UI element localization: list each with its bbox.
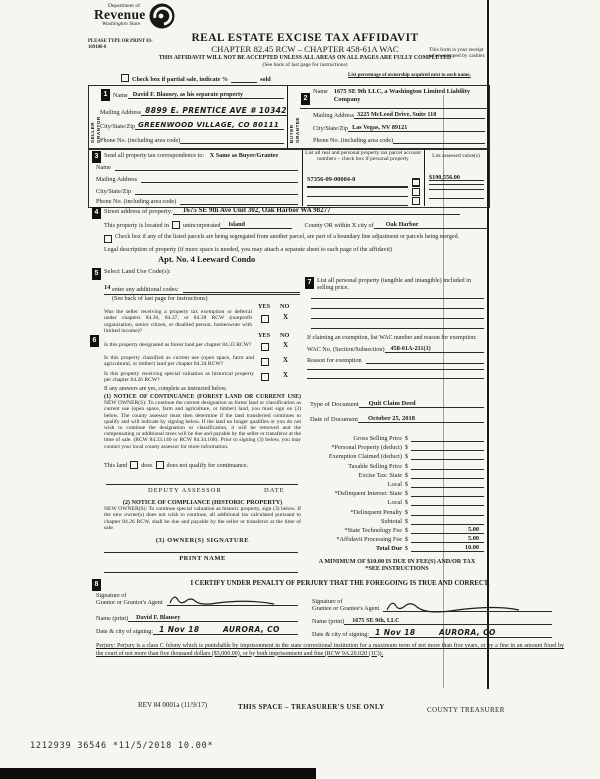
current-use-question: Is this property classified as current u… (104, 355, 254, 368)
notice1-block: (1) NOTICE OF CONTINUANCE (FOREST LAND O… (104, 394, 301, 450)
grantee-city-value: AURORA, CO (417, 628, 496, 637)
fee-row-total-due: Total Due$10.00 (312, 544, 484, 552)
perjury-paragraph: Perjury: Perjury is a class C felony whi… (96, 643, 564, 658)
dollar-sign: $ (402, 463, 411, 470)
county-or-label: County OR within X city of (292, 222, 373, 229)
print-name-label: PRINT NAME (104, 555, 301, 562)
fee-line (411, 489, 484, 497)
partial-sale-sold: sold (260, 76, 271, 83)
receipt-note: This form is your receipt when stamped b… (429, 47, 499, 59)
located-label: This property is located in (104, 222, 169, 229)
located-row: This property is located in unincorporat… (104, 221, 487, 229)
additional-codes-line (183, 290, 301, 293)
form-title-block: REAL ESTATE EXCISE TAX AFFIDAVIT CHAPTER… (155, 32, 455, 68)
grantor-name-line: David F. Blausey (128, 614, 298, 622)
reason-line (366, 361, 484, 364)
fee-value (479, 517, 484, 524)
assessed-line-4 (429, 197, 484, 199)
seller-phone-line (180, 141, 284, 144)
correspondence-label: Send all property tax correspondence to: (104, 152, 204, 159)
unincorporated-line: Island (220, 221, 292, 229)
current-use-yes-checkbox-icon (261, 358, 269, 366)
correspondence-row: Send all property tax correspondence to:… (104, 152, 278, 159)
doc-type-field: Type of Document Quit Claim Deed (310, 400, 484, 408)
corr-mailing-field: Mailing Address (96, 176, 298, 183)
fee-row-personal: *Personal Property (deduct)$ (312, 443, 484, 451)
notice2-body: NEW OWNER(S): To continue special valuat… (104, 506, 301, 531)
fee-label: *Affidavit Processing Fee (312, 536, 402, 543)
deputy-assessor-line (106, 483, 298, 485)
yes-header-1: YES (258, 303, 270, 310)
seller-city-value: GREENWOOD VILLAGE, CO 80111 (135, 121, 279, 129)
historic-yes-checkbox-icon (261, 373, 269, 381)
grantor-signature-line (167, 592, 298, 606)
no-header-1: NO (280, 303, 289, 310)
fee-line (411, 471, 484, 479)
parcel-row-4 (307, 197, 420, 206)
seller-name-field: Name David F. Blausey, as his separate p… (113, 91, 284, 99)
corr-city-label: City/State/Zip (96, 188, 131, 195)
buyer-strip-word2: GRANTEE (295, 97, 300, 143)
buyer-mailing-field: Mailing Address 3225 McLeod Drive, Suite… (313, 111, 485, 119)
dollar-sign: $ (402, 527, 411, 534)
dollar-sign: $ (402, 545, 411, 552)
grantor-date-city-label: Date & city of signing: (96, 628, 153, 635)
receipt-note-line2: when stamped by cashier. (429, 53, 499, 59)
buyer-city-label: City/State/Zip (313, 125, 348, 132)
minimum-note-line1: A MINIMUM OF $10.00 IS DUE IN FEE(S) AND… (312, 558, 482, 565)
fee-label: *Delinquent Interest: State (312, 490, 402, 497)
seller-city-field: City/State/Zip GREENWOOD VILLAGE, CO 801… (100, 122, 284, 130)
assessed-line-3 (429, 188, 484, 190)
legal-description-label: Legal description of property (if more s… (104, 246, 392, 253)
grantor-name-print-label: Name (print) (96, 615, 128, 622)
same-as-buyer-value: X Same as Buyer/Grantee (210, 152, 279, 159)
forest-question: Is this property designated as forest la… (104, 342, 254, 348)
grantor-name-value: David F. Blausey (128, 614, 180, 621)
pp-line-3 (311, 317, 484, 319)
buyer-name-cell-border (300, 108, 488, 109)
street-address-field: Street address of property: 1675 SE 9th … (104, 207, 460, 215)
county-treasurer-label: COUNTY TREASURER (427, 706, 505, 714)
fee-row-delinq-int-local: Local$ (312, 498, 484, 506)
grantee-sig-label-1: Signature of (312, 598, 379, 605)
fee-line (411, 452, 484, 460)
fee-row-processing-fee: *Affidavit Processing Fee$5.00 (312, 535, 484, 543)
deferral-no-answer: X (283, 313, 288, 321)
doc-date-line: October 25, 2018 (358, 415, 484, 423)
parcel-checkbox-4-icon (412, 197, 420, 205)
fee-line: 5.00 (411, 535, 484, 543)
seller-city-label: City/State/Zip (100, 123, 135, 130)
reason-line-2 (307, 368, 484, 370)
unincorporated-value: Island (220, 221, 245, 228)
see-back-note: (See back of last page for instructions) (155, 62, 455, 68)
section3-number: 3 (92, 151, 101, 163)
parcel-row-2 (307, 179, 420, 188)
treasurer-space-label: THIS SPACE – TREASURER'S USE ONLY (238, 703, 385, 711)
segregated-label: Check box if any of the listed parcels a… (115, 234, 459, 241)
buyer-name-field: Name 1675 SE 9th LLC, a Washington Limit… (313, 88, 485, 104)
does-checkbox-icon (130, 461, 138, 469)
grantee-sig-label-2: Grantee or Grantee's Agent (312, 605, 379, 612)
historic-no-answer: X (283, 371, 288, 379)
fee-row-excise-local: Local$ (312, 480, 484, 488)
deputy-assessor-label: DEPUTY ASSESSOR (148, 487, 222, 494)
reason-line-3 (307, 377, 484, 379)
doc-type-label: Type of Document (310, 401, 359, 408)
grantee-signature (383, 598, 523, 613)
seller-name-label: Name (113, 92, 128, 99)
fee-row-delinq-penalty: *Delinquent Penalty$ (312, 508, 484, 516)
buyer-strip-word1: BUYER (289, 97, 294, 143)
seller-city-line: GREENWOOD VILLAGE, CO 80111 (135, 122, 284, 130)
grantee-name-field: Name (print) 1675 SE 9th, LLC (312, 617, 552, 625)
wac-value: 458-61A-211(1) (385, 345, 431, 352)
grantor-date-field: Date & city of signing: 1 Nov 18 AURORA,… (96, 626, 298, 635)
pp-line-4 (311, 327, 484, 329)
dept-name: Revenue (94, 9, 146, 21)
rev-number: REV 84 0001a (11/9/17) (138, 701, 207, 709)
doc-type-value: Quit Claim Deed (359, 400, 416, 407)
parcel-checkbox-2-icon (412, 179, 420, 187)
corr-phone-line (180, 202, 298, 205)
deferral-question: Was the seller receiving a property tax … (104, 309, 252, 334)
street-address-line: 1675 SE 9th Ave Unit 302, Oak Harbor WA … (173, 207, 460, 215)
buyer-mailing-value: 3225 McLeod Drive, Suite 110 (354, 111, 436, 118)
grantee-date-value: 1 Nov 18 (369, 628, 415, 637)
grantee-name-print-label: Name (print) (312, 618, 344, 625)
grantor-sig-label: Signature of Grantor or Grantor's Agent (96, 592, 163, 606)
fee-value (479, 434, 484, 441)
unincorporated-label: unincorporated (183, 222, 220, 229)
owner-signature-label: (3) OWNER(S) SIGNATURE (104, 537, 301, 544)
fee-line (411, 517, 484, 525)
fee-label: Exemption Claimed (deduct) (312, 453, 402, 460)
form-subtitle: CHAPTER 82.45 RCW – CHAPTER 458-61A WAC (155, 45, 455, 54)
dollar-sign: $ (402, 518, 411, 525)
notice2-title: (2) NOTICE OF COMPLIANCE (HISTORIC PROPE… (104, 499, 301, 506)
dollar-sign: $ (402, 509, 411, 516)
additional-codes-field: enter any additional codes: (112, 286, 300, 293)
certify-statement: I CERTIFY UNDER PENALTY OF PERJURY THAT … (120, 580, 560, 588)
fee-value (479, 489, 484, 496)
print-name-line (104, 571, 298, 573)
fee-label: *Personal Property (deduct) (312, 444, 402, 451)
seller-name-value: David F. Blausey, as his separate proper… (128, 91, 243, 98)
fee-label: Excise Tax: State (312, 472, 402, 479)
doc-date-value: October 25, 2018 (358, 415, 415, 422)
assessed-line-2 (429, 179, 484, 181)
unincorporated-checkbox-icon (172, 221, 180, 229)
seller-phone-label: Phone No. (including area code) (100, 137, 180, 144)
print-note: PLEASE TYPE OR PRINT 83- 169106-0 (88, 39, 153, 50)
assessed-header: List assessed value(s) (427, 153, 485, 159)
continuance-prefix: This land (104, 462, 127, 469)
grantor-date-value: 1 Nov 18 (153, 625, 199, 634)
seller-buyer-divider (287, 85, 288, 148)
partial-sale-label: Check box if partial sale, indicate % (132, 76, 228, 83)
dollar-sign: $ (402, 453, 411, 460)
seller-phone-field: Phone No. (including area code) (100, 137, 284, 144)
no-header-2: NO (280, 332, 289, 339)
section3-divider2 (424, 148, 425, 206)
continuance-row: This land does does not qualify for cont… (104, 461, 248, 469)
does-not-label: does not qualify for continuance. (167, 462, 249, 469)
fee-line (411, 498, 484, 506)
buyer-mailing-label: Mailing Address (313, 112, 354, 119)
corr-city-field: City/State/Zip (96, 188, 298, 195)
yes-header-2: YES (258, 332, 270, 339)
dor-swirl-icon (148, 2, 176, 30)
fee-label: Taxable Selling Price (312, 463, 402, 470)
fee-value (479, 462, 484, 469)
partial-sale-row: Check box if partial sale, indicate % so… (121, 74, 321, 83)
dollar-sign: $ (402, 444, 411, 451)
section4-number: 4 (92, 207, 101, 219)
exemption-note: If claiming an exemption, list WAC numbe… (307, 335, 477, 342)
grantor-date-line: 1 Nov 18 AURORA, CO (153, 626, 298, 635)
partial-sale-line (231, 80, 257, 83)
fee-label: *Delinquent Penalty (312, 509, 402, 516)
grantee-date-field: Date & city of signing: 1 Nov 18 AURORA,… (312, 629, 552, 638)
fee-row-taxable: Taxable Selling Price$ (312, 462, 484, 470)
buyer-city-line: Las Vegas, NV 89121 (348, 124, 485, 132)
fee-row-delinq-int-state: *Delinquent Interest: State$ (312, 489, 484, 497)
fee-label: Gross Selling Price (312, 435, 402, 442)
grantor-city-value: AURORA, CO (201, 625, 280, 634)
dor-logo: Department of Revenue Washington State (94, 3, 176, 30)
corr-name-field: Name (96, 164, 298, 171)
assessed-row-1: $190,556.00 (429, 166, 484, 185)
doc-type-line: Quit Claim Deed (359, 400, 484, 408)
reason-field: Reason for exemption (307, 357, 484, 364)
yesno-header-1: YES NO (258, 303, 289, 310)
partial-sale-checkbox-icon (121, 74, 129, 82)
owner-signature-line (104, 551, 298, 553)
yesno-header-2: YES NO (258, 332, 289, 339)
grantee-date-city-label: Date & city of signing: (312, 631, 369, 638)
buyer-phone-label: Phone No. (including area code) (313, 137, 393, 144)
fee-label: *State Technology Fee (312, 527, 402, 534)
historic-question: Is this property receiving special valua… (104, 371, 254, 384)
section3-divider1 (302, 148, 303, 206)
dollar-sign: $ (402, 499, 411, 506)
section8-number: 8 (92, 579, 101, 591)
dollar-sign: $ (402, 472, 411, 479)
fee-value (479, 480, 484, 487)
fee-value: 5.00 (468, 535, 484, 542)
fee-row-subtotal: Subtotal$ (312, 517, 484, 525)
fee-value: 10.00 (465, 544, 484, 551)
fee-value (479, 508, 484, 515)
fee-line (411, 480, 484, 488)
minimum-note: A MINIMUM OF $10.00 IS DUE IN FEE(S) AND… (312, 558, 482, 572)
fee-value (479, 498, 484, 505)
fee-value: 5.00 (468, 526, 484, 533)
seller-mailing-line: 8899 E. PRENTICE AVE # 10342 (141, 107, 287, 116)
assessed-line-1: $190,556.00 (429, 166, 484, 185)
if-yes-note: If any answers are yes, complete as inst… (104, 386, 227, 393)
notice2-block: (2) NOTICE OF COMPLIANCE (HISTORIC PROPE… (104, 499, 301, 531)
grantee-signature-field: Signature of Grantee or Grantee's Agent (312, 598, 552, 612)
pp-line-1 (311, 297, 484, 299)
additional-codes-label: enter any additional codes: (112, 286, 179, 293)
dollar-sign: $ (402, 481, 411, 488)
reason-label: Reason for exemption (307, 357, 362, 364)
section6-number: 6 (90, 335, 99, 347)
segregated-row: Check box if any of the listed parcels a… (104, 234, 487, 244)
seller-mailing-label: Mailing Address (100, 109, 141, 116)
street-address-label: Street address of property: (104, 208, 173, 215)
minimum-note-line2: *SEE INSTRUCTIONS (312, 565, 482, 572)
legal-description-value: Apt. No. 4 Leeward Condo (158, 255, 255, 264)
buyer-name-value: 1675 SE 9th LLC, a Washington Limited Li… (334, 88, 485, 104)
dor-logo-text: Department of Revenue Washington State (94, 3, 146, 27)
grantee-date-line: 1 Nov 18 AURORA, CO (369, 629, 552, 638)
corr-mailing-line (141, 180, 298, 183)
fee-line (411, 508, 484, 516)
fee-label: Total Due (312, 545, 402, 552)
grantor-signature-field: Signature of Grantor or Grantor's Agent (96, 592, 298, 606)
pp-line-2 (311, 307, 484, 309)
print-note-line1: PLEASE TYPE OR PRINT 83- (88, 39, 153, 45)
fee-value (479, 452, 484, 459)
buyer-city-value: Las Vegas, NV 89121 (348, 124, 407, 131)
grantor-sig-label-1: Signature of (96, 592, 163, 599)
buyer-name-label: Name (313, 88, 328, 104)
corr-mailing-label: Mailing Address (96, 176, 137, 183)
fee-label: Local (312, 481, 402, 488)
fee-value (479, 443, 484, 450)
fee-row-excise-state: Excise Tax: State$ (312, 471, 484, 479)
dept-state: Washington State (94, 21, 146, 27)
corr-phone-field: Phone No. (including area code) (96, 198, 298, 205)
section7-number: 7 (305, 277, 314, 289)
fee-line (411, 434, 484, 442)
current-use-no-answer: X (283, 356, 288, 364)
form-warning: THIS AFFIDAVIT WILL NOT BE ACCEPTED UNLE… (155, 55, 455, 62)
scanner-bottom-bar (0, 768, 316, 779)
forest-no-answer: X (283, 341, 288, 349)
buyer-phone-field: Phone No. (including area code) (313, 137, 485, 144)
doc-date-label: Date of Document (310, 416, 358, 423)
fee-label: Subtotal (312, 518, 402, 525)
corr-name-line (115, 168, 298, 171)
cashier-receipt-stamp: 1212939 36546 *11/5/2018 10.00* (30, 741, 213, 751)
see-back-note-2: (See back of last page for instructions) (112, 295, 208, 302)
buyer-city-field: City/State/Zip Las Vegas, NV 89121 (313, 124, 485, 132)
print-note-line2: 169106-0 (88, 45, 153, 51)
section1-number: 1 (101, 89, 110, 101)
doc-date-field: Date of Document October 25, 2018 (310, 415, 484, 423)
deferral-yes-checkbox-icon (261, 315, 269, 323)
wac-line: 458-61A-211(1) (385, 345, 484, 353)
grantee-name-line: 1675 SE 9th, LLC (344, 617, 552, 625)
dollar-sign: $ (402, 435, 411, 442)
land-use-value: 14 (104, 284, 111, 291)
fee-label: Local (312, 499, 402, 506)
seller-strip-word1: SELLER (90, 97, 95, 143)
grantee-signature-line (383, 598, 552, 612)
parcel-checkbox-3-icon (412, 188, 420, 196)
fee-line (411, 443, 484, 451)
fee-line: 10.00 (411, 544, 484, 552)
does-not-checkbox-icon (156, 461, 164, 469)
seller-mailing-field: Mailing Address 8899 E. PRENTICE AVE # 1… (100, 107, 284, 116)
does-label: does (141, 462, 152, 469)
grantor-signature (167, 592, 277, 607)
land-use-label: Select Land Use Code(s): (104, 268, 171, 275)
fee-value (479, 471, 484, 478)
corr-phone-label: Phone No. (including area code) (96, 198, 176, 205)
notice1-body: NEW OWNER(S): To continue the current de… (104, 400, 301, 449)
seller-mailing-value: 8899 E. PRENTICE AVE # 10342 (141, 106, 287, 115)
forest-yes-checkbox-icon (261, 343, 269, 351)
segregated-checkbox-icon (104, 235, 112, 243)
personal-property-label: List all personal property (tangible and… (317, 277, 484, 291)
grantee-sig-label: Signature of Grantee or Grantee's Agent (312, 598, 379, 612)
seller-name-line: David F. Blausey, as his separate proper… (128, 91, 284, 99)
wac-field: WAC No. (Section/Subsection) 458-61A-211… (307, 345, 484, 353)
grantor-sig-label-2: Grantor or Grantor's Agent (96, 599, 163, 606)
city-of-value: Oak Harbor (374, 221, 419, 228)
ownership-note: List percentage of ownership acquired ne… (348, 73, 471, 78)
buyer-phone-line (393, 141, 485, 144)
fee-row-exemption: Exemption Claimed (deduct)$ (312, 452, 484, 460)
corr-name-label: Name (96, 164, 111, 171)
dollar-sign: $ (402, 490, 411, 497)
buyer-mailing-line: 3225 McLeod Drive, Suite 110 (354, 111, 485, 119)
grantee-name-value: 1675 SE 9th, LLC (344, 617, 399, 624)
fee-line: 5.00 (411, 526, 484, 534)
section2-number: 2 (301, 93, 310, 105)
city-of-line: Oak Harbor (374, 221, 487, 229)
parcel-header: List all real and personal property tax … (304, 150, 422, 162)
assessor-date-label: DATE (264, 487, 285, 494)
fee-row-tech-fee: *State Technology Fee$5.00 (312, 526, 484, 534)
dollar-sign: $ (402, 536, 411, 543)
section5-number: 5 (92, 268, 101, 280)
corr-city-line (135, 192, 298, 195)
fee-row-gross: Gross Selling Price$ (312, 434, 484, 442)
grantor-name-field: Name (print) David F. Blausey (96, 614, 298, 622)
street-address-value: 1675 SE 9th Ave Unit 302, Oak Harbor WA … (173, 206, 331, 214)
scanned-affidavit-page: { "colors": {"paper": "#f7f5ef", "ink": … (0, 0, 600, 779)
fee-line (411, 462, 484, 470)
buyer-side-label: BUYER GRANTEE (289, 97, 301, 143)
wac-label: WAC No. (Section/Subsection) (307, 346, 385, 353)
parcel-row-3 (307, 188, 420, 197)
